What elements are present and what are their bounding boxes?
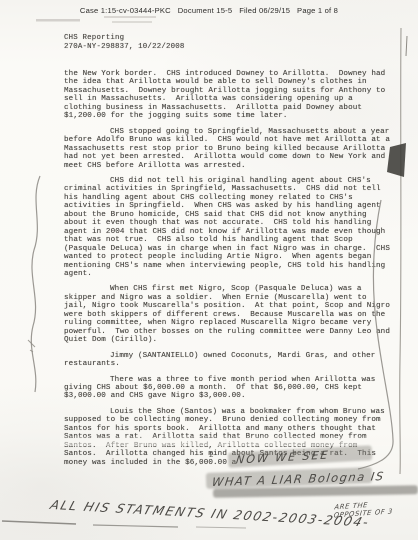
body-paragraph: CHS stopped going to Springfield, Massac…: [64, 128, 394, 170]
page-number: 2: [209, 452, 214, 460]
document-body: the New York border. CHS introduced Down…: [64, 70, 394, 474]
body-paragraph: There was a three to five month period w…: [64, 376, 394, 401]
bottom-scan-line: [2, 521, 76, 524]
pen-tick-marks: [28, 340, 35, 352]
bottom-scan-line: [196, 527, 246, 528]
body-paragraph: CHS did not tell his original handling a…: [64, 177, 394, 278]
handwritten-note-all-his-statements: ALL HIS STATMENTS IN 2002-2003-2004-: [48, 497, 372, 530]
scan-artifact-line: [400, 28, 401, 474]
margin-smudge: [36, 19, 80, 22]
handwritten-note-opposite: ARE THEOPPOSITE OF 3: [333, 498, 405, 519]
margin-smudge: [112, 21, 152, 23]
case-file-number: 270A-NY-298837, 10/22/2008: [64, 43, 185, 51]
report-header: CHS Reporting270A-NY-298837, 10/22/2008: [64, 34, 185, 51]
bottom-scan-line: [93, 525, 178, 527]
body-paragraph: the New York border. CHS introduced Down…: [64, 70, 394, 121]
body-paragraph: When CHS first met Nigro, Scop (Pasquale…: [64, 285, 394, 344]
scan-artifact-tick: [406, 36, 407, 56]
body-paragraph: Jimmy (SANTANIELLO) owned Coconuts, Mard…: [64, 352, 394, 369]
scanned-court-document-page: Case 1:15-cv-03444-PKC Document 15-5 Fil…: [0, 0, 418, 540]
court-filing-stamp: Case 1:15-cv-03444-PKC Document 15-5 Fil…: [0, 6, 418, 15]
margin-smudge: [104, 16, 156, 18]
pen-circle-stroke-left: [31, 176, 40, 392]
report-title: CHS Reporting: [64, 34, 124, 42]
